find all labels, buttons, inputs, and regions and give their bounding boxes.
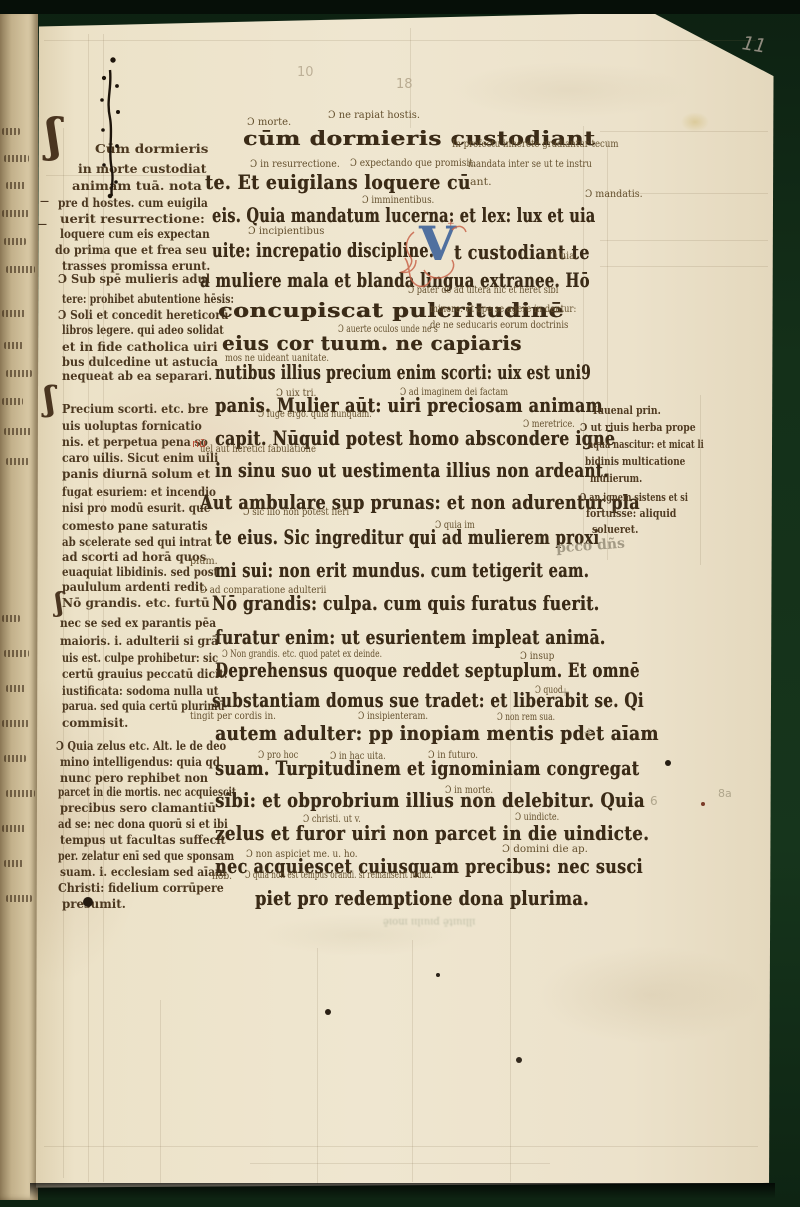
- manuscript-photo: Cūm dormierisin morte custodiatanimam tu…: [0, 0, 800, 1207]
- parchment-crack: [101, 58, 120, 198]
- initial-flourish: [402, 226, 466, 286]
- overlay-graphics: [0, 0, 800, 1207]
